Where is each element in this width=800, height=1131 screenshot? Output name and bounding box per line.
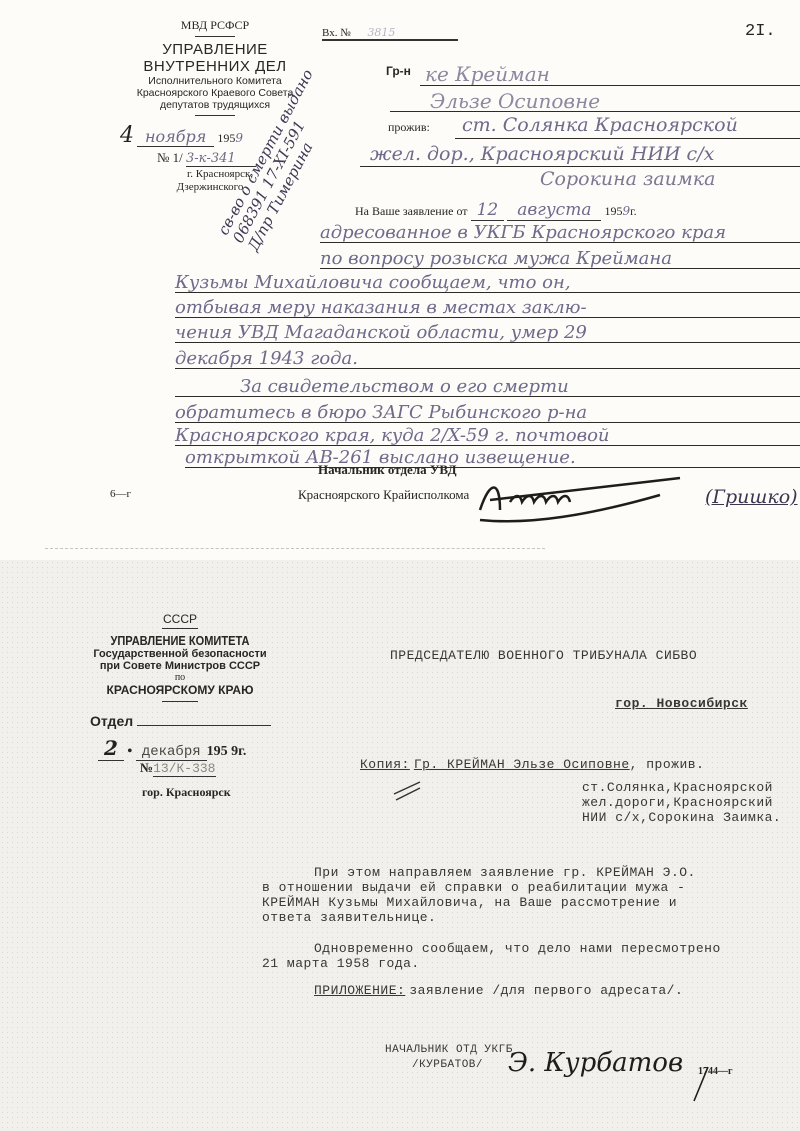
signature-name: /КУРБАТОВ/	[412, 1059, 483, 1071]
attachment-text: заявление /для первого адресата/.	[409, 983, 683, 998]
body-line: обратитесь в бюро ЗАГС Рыбинского р-на	[175, 402, 587, 423]
signature-title: НАЧАЛЬНИК ОТД УКГБ	[385, 1044, 513, 1056]
number-label: № 1/	[157, 150, 183, 165]
letter1-footer-code: 6—г	[110, 488, 131, 500]
recipient-label: Гр-н	[386, 64, 411, 78]
residence-label: прожив:	[388, 120, 430, 135]
date-year-suffix: 9	[235, 131, 243, 145]
body-line: декабря 1943 года.	[175, 348, 358, 369]
intro-day: 12	[471, 200, 505, 221]
para-line: КРЕЙМАН Кузьмы Михайловича, на Ваше расс…	[262, 895, 677, 910]
org-line2: ВНУТРЕННИХ ДЕЛ	[115, 58, 315, 75]
intro-line: На Ваше заявление от 12 августа 1959г.	[355, 200, 637, 220]
signature-scribble	[470, 470, 700, 530]
copy-address-line2: жел.дороги,Красноярский	[582, 795, 773, 810]
org-line3: при Совете Министров СССР	[85, 660, 275, 672]
org-line1: УПРАВЛЕНИЕ	[115, 41, 315, 58]
body-line: чения УВД Магаданской области, умер 29	[175, 322, 587, 343]
body-line: Кузьмы Михайловича сообщаем, что он,	[175, 272, 571, 293]
date-year-prefix: 195	[217, 131, 235, 145]
org-line1: УПРАВЛЕНИЕ КОМИТЕТА	[99, 633, 261, 648]
date-day: 4	[120, 123, 134, 148]
signature-title-line2: Красноярского Крайисполкома	[298, 487, 469, 503]
number-label: №	[140, 760, 153, 775]
addressee-line2: гор. Новосибирск	[615, 696, 748, 711]
department-label: Отдел	[90, 713, 133, 729]
signature-handwritten: Э. Курбатов	[508, 1048, 683, 1078]
date-month: декабря	[136, 744, 207, 761]
body-line: За свидетельством о его смерти	[240, 376, 569, 397]
addressee-line1: ПРЕДСЕДАТЕЛЮ ВОЕННОГО ТРИБУНАЛА СИБВО	[390, 648, 697, 663]
signature-tail	[690, 1065, 710, 1105]
para-line: Одновременно сообщаем, что дело нами пер…	[314, 941, 721, 956]
org-line5: КРАСНОЯРСКОМУ КРАЮ	[85, 683, 275, 697]
copy-suffix: , прожив.	[630, 757, 705, 772]
org-line2: Государственной безопасности	[85, 648, 275, 660]
residence-line1: ст. Солянка Красноярской	[462, 114, 738, 136]
number-value: 3-к-341	[186, 151, 256, 167]
residence-line2: жел. дор., Красноярский НИИ с/х	[370, 143, 714, 165]
copy-address-line1: ст.Солянка,Красноярской	[582, 780, 773, 795]
date-year-g: г.	[238, 744, 246, 759]
recipient-name-line2: Эльзе Осиповне	[430, 89, 600, 113]
body-line: Красноярского края, куда 2/X-59 г. почто…	[175, 425, 610, 446]
country: СССР	[85, 612, 275, 626]
date-day: 2	[98, 736, 124, 761]
copy-label: Копия:	[360, 757, 410, 772]
letter2-header: СССР УПРАВЛЕНИЕ КОМИТЕТА Государственной…	[85, 612, 275, 706]
department-row: Отдел	[90, 713, 271, 729]
double-slash-mark	[392, 778, 422, 802]
intro-year-prefix: 195	[604, 204, 622, 218]
incoming-label: Вх. №	[322, 27, 351, 39]
letter-kgb: СССР УПРАВЛЕНИЕ КОМИТЕТА Государственной…	[0, 560, 800, 1131]
copy-row: Копия: Гр. КРЕЙМАН Эльзе Осиповне, прожи…	[360, 755, 704, 773]
intro-month: августа	[507, 200, 601, 221]
residence-line3: Сорокина заимка	[540, 168, 715, 190]
date-year-prefix: 195	[207, 744, 228, 759]
letter-uvd: 2I. МВД РСФСР УПРАВЛЕНИЕ ВНУТРЕННИХ ДЕЛ …	[0, 0, 800, 560]
copy-address-line3: НИИ с/х,Сорокина Заимка.	[582, 810, 781, 825]
intro-year-g: г.	[630, 204, 637, 218]
number-value: 13/К-338	[153, 761, 215, 777]
incoming-number: Вх. № 3815	[322, 26, 458, 41]
body-line: отбывая меру наказания в местах заклю-	[175, 297, 587, 318]
letter2-date: 2 • декабря195 9г.	[98, 736, 246, 760]
incoming-value: 3815	[367, 26, 395, 39]
page-number: 2I.	[745, 22, 776, 41]
date-month: ноября	[137, 127, 214, 147]
ministry: МВД РСФСР	[115, 18, 315, 33]
intro-year-suffix: 9	[622, 204, 630, 218]
letter1-number: № 1/ 3-к-341	[157, 150, 256, 166]
org-line4: по	[85, 672, 275, 683]
org-line3: Исполнительного Комитета	[115, 75, 315, 87]
letter2-city: гор. Красноярск	[142, 785, 231, 800]
para-line: При этом направляем заявление гр. КРЕЙМА…	[314, 865, 696, 880]
body-line: адресованное в УКГБ Красноярского края	[320, 222, 726, 243]
attachment-label: ПРИЛОЖЕНИЕ:	[314, 983, 405, 998]
para-line: ответа заявительнице.	[262, 910, 436, 925]
signature-title-line1: Начальник отдела УВД	[318, 462, 457, 478]
body-line: по вопросу розыска мужа Креймана	[320, 248, 672, 269]
para-line: в отношении выдачи ей справки о реабилит…	[262, 880, 685, 895]
para-line: 21 марта 1958 года.	[262, 956, 420, 971]
copy-text: Гр. КРЕЙМАН Эльзе Осиповне	[414, 757, 630, 772]
recipient-name-line1: ке Крейман	[425, 62, 550, 86]
signature-name: (Гришко)	[705, 486, 798, 508]
intro-prefix: На Ваше заявление от	[355, 204, 468, 218]
attachment-row: ПРИЛОЖЕНИЕ: заявление /для первого адрес…	[314, 981, 683, 999]
letter2-number: №13/К-338	[140, 760, 216, 776]
